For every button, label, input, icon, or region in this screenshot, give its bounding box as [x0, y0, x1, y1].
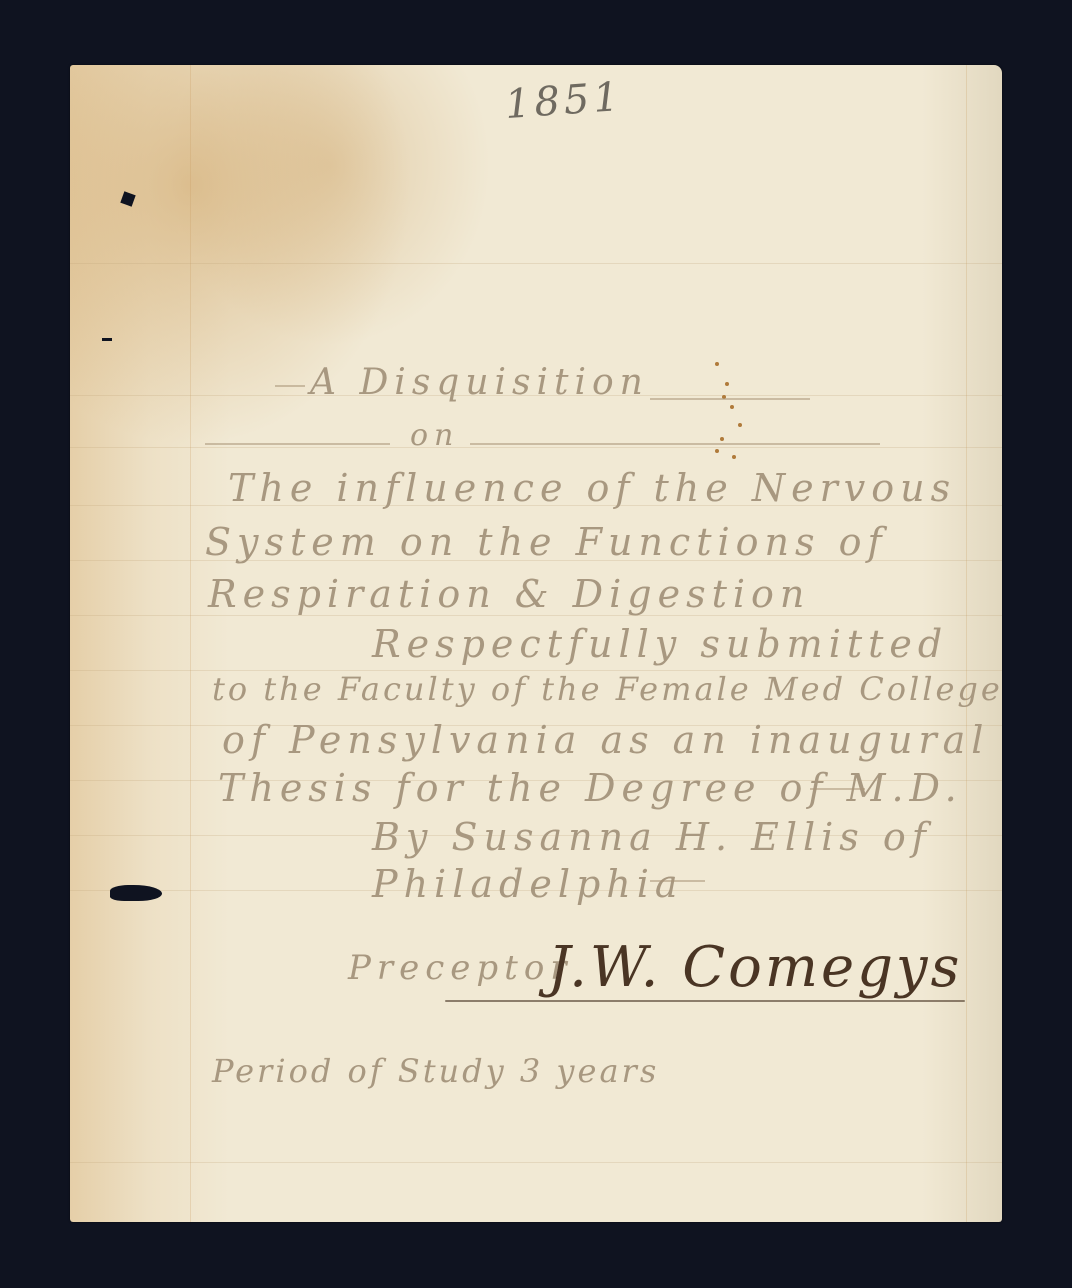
- period-of-study: Period of Study 3 years: [212, 1052, 659, 1090]
- foxing-spot: [732, 455, 736, 459]
- foxing-spot: [738, 423, 742, 427]
- paper-hole: [110, 885, 162, 901]
- foxing-spot: [725, 382, 729, 386]
- margin-line: [190, 65, 191, 1222]
- ruled-line: [70, 447, 1002, 448]
- submission-line-2: to the Faculty of the Female Med College: [212, 670, 1003, 708]
- preceptor-label: Preceptor: [348, 948, 573, 988]
- margin-line: [966, 65, 967, 1222]
- flourish: [650, 398, 810, 400]
- year-annotation: 1851: [504, 74, 625, 128]
- preceptor-signature: J.W. Comegys: [548, 935, 962, 1000]
- flourish: [810, 788, 865, 790]
- signature-flourish: [445, 1000, 965, 1002]
- flourish: [205, 443, 390, 445]
- flourish: [650, 880, 705, 882]
- foxing-spot: [715, 449, 719, 453]
- flourish: [275, 385, 305, 387]
- connector-word: on: [410, 418, 459, 453]
- foxing-spot: [720, 437, 724, 441]
- submission-line-3: of Pensylvania as an inaugural: [222, 718, 989, 762]
- subject-line-1: The influence of the Nervous: [228, 466, 956, 510]
- title-line: A Disquisition: [310, 362, 649, 403]
- subject-line-2: System on the Functions of: [205, 520, 888, 564]
- foxing-spot: [730, 405, 734, 409]
- foxing-spot: [715, 362, 719, 366]
- city-line: Philadelphia: [372, 862, 684, 906]
- author-line: By Susanna H. Ellis of: [372, 815, 932, 859]
- paper-tear: [102, 338, 112, 341]
- ruled-line: [70, 1162, 1002, 1163]
- ruled-line: [70, 263, 1002, 264]
- paper-hole: [120, 191, 135, 206]
- subject-line-3: Respiration & Digestion: [208, 572, 810, 616]
- submission-line-1: Respectfully submitted: [372, 622, 948, 666]
- flourish: [470, 443, 880, 445]
